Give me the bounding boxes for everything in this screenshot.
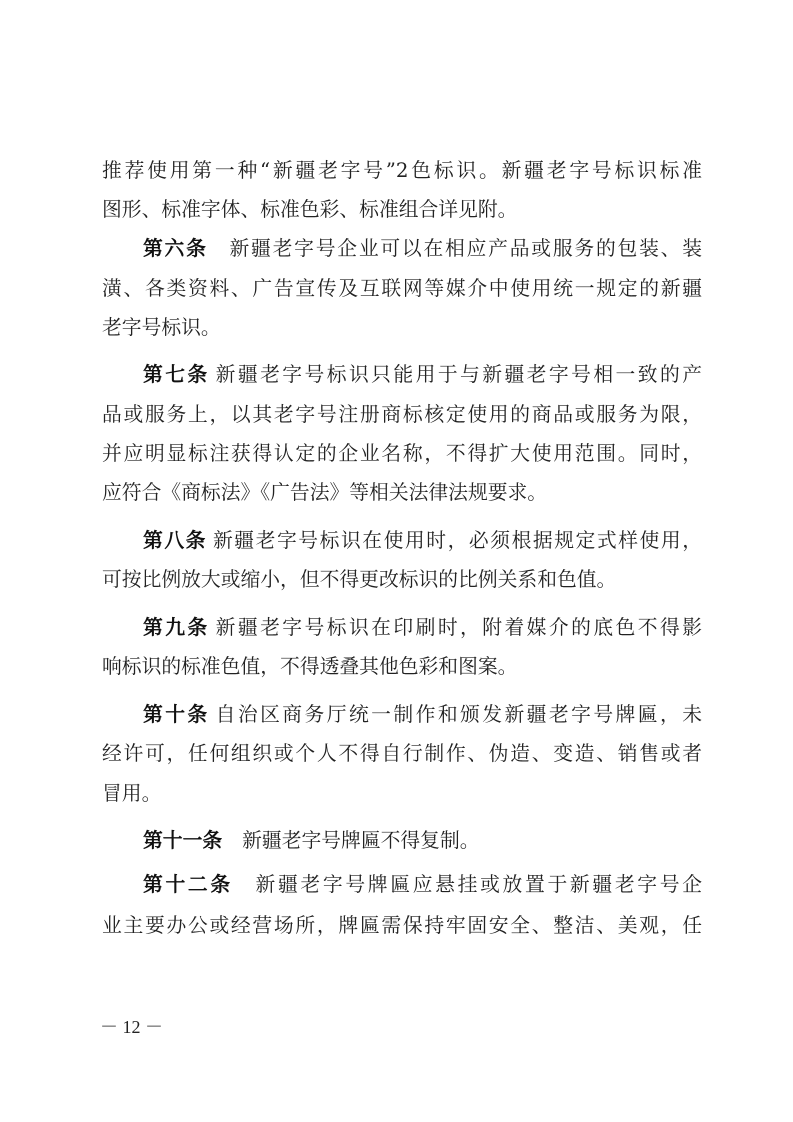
article-text: 新疆老字号标识只能用于与新疆老字号相一致的产: [216, 363, 702, 386]
article-heading: 第十二条: [143, 873, 233, 896]
paragraph-line: 品或服务上，以其老字号注册商标核定使用的商品或服务为限，: [102, 400, 702, 430]
paragraph-line: 应符合《商标法》《广告法》等相关法律法规要求。: [102, 478, 702, 508]
article-text: 新疆老字号企业可以在相应产品或服务的包装、装: [228, 237, 702, 260]
article-10-first-line: 第十条自治区商务厅统一制作和颁发新疆老字号牌匾，未: [143, 700, 702, 730]
article-text: 新疆老字号标识在印刷时，附着媒介的底色不得影: [216, 616, 702, 639]
article-6-first-line: 第六条新疆老字号企业可以在相应产品或服务的包装、装: [143, 234, 702, 264]
paragraph-line: 并应明显标注获得认定的企业名称，不得扩大使用范围。同时，: [102, 439, 702, 469]
paragraph-line: 业主要办公或经营场所，牌匾需保持牢固安全、整洁、美观，任: [102, 911, 702, 941]
article-text: 新疆老字号牌匾不得复制。: [242, 829, 479, 852]
article-heading: 第十条: [143, 703, 210, 726]
page-number: － 12 －: [100, 1013, 163, 1039]
article-heading: 第十一条: [143, 829, 222, 852]
article-heading: 第七条: [143, 363, 210, 386]
article-8-first-line: 第八条新疆老字号标识在使用时，必须根据规定式样使用，: [143, 526, 702, 556]
paragraph-line: 经许可，任何组织或个人不得自行制作、伪造、变造、销售或者: [102, 739, 702, 769]
article-heading: 第八条: [143, 529, 207, 552]
paragraph-line: 冒用。: [102, 779, 702, 809]
article-heading: 第九条: [143, 616, 210, 639]
article-9-first-line: 第九条新疆老字号标识在印刷时，附着媒介的底色不得影: [143, 613, 702, 643]
paragraph-line: 老字号标识。: [102, 313, 702, 343]
article-7-first-line: 第七条新疆老字号标识只能用于与新疆老字号相一致的产: [143, 360, 702, 390]
article-text: 自治区商务厅统一制作和颁发新疆老字号牌匾，未: [216, 703, 702, 726]
article-text: 新疆老字号标识在使用时，必须根据规定式样使用，: [213, 529, 702, 552]
paragraph-line: 图形、标准字体、标准色彩、标准组合详见附。: [102, 195, 702, 225]
paragraph-line: 响标识的标准色值，不得透叠其他色彩和图案。: [102, 652, 702, 682]
paragraph-line: 潢、各类资料、广告宣传及互联网等媒介中使用统一规定的新疆: [102, 274, 702, 304]
article-12-first-line: 第十二条新疆老字号牌匾应悬挂或放置于新疆老字号企: [143, 870, 702, 900]
article-11-first-line: 第十一条新疆老字号牌匾不得复制。: [143, 826, 702, 856]
document-page: 推荐使用第一种“新疆老字号”2色标识。新疆老字号标识标准 图形、标准字体、标准色…: [0, 0, 793, 1122]
article-text: 新疆老字号牌匾应悬挂或放置于新疆老字号企: [253, 873, 702, 896]
article-heading: 第六条: [143, 237, 208, 260]
paragraph-line: 推荐使用第一种“新疆老字号”2色标识。新疆老字号标识标准: [102, 156, 702, 186]
paragraph-line: 可按比例放大或缩小，但不得更改标识的比例关系和色值。: [102, 565, 702, 595]
